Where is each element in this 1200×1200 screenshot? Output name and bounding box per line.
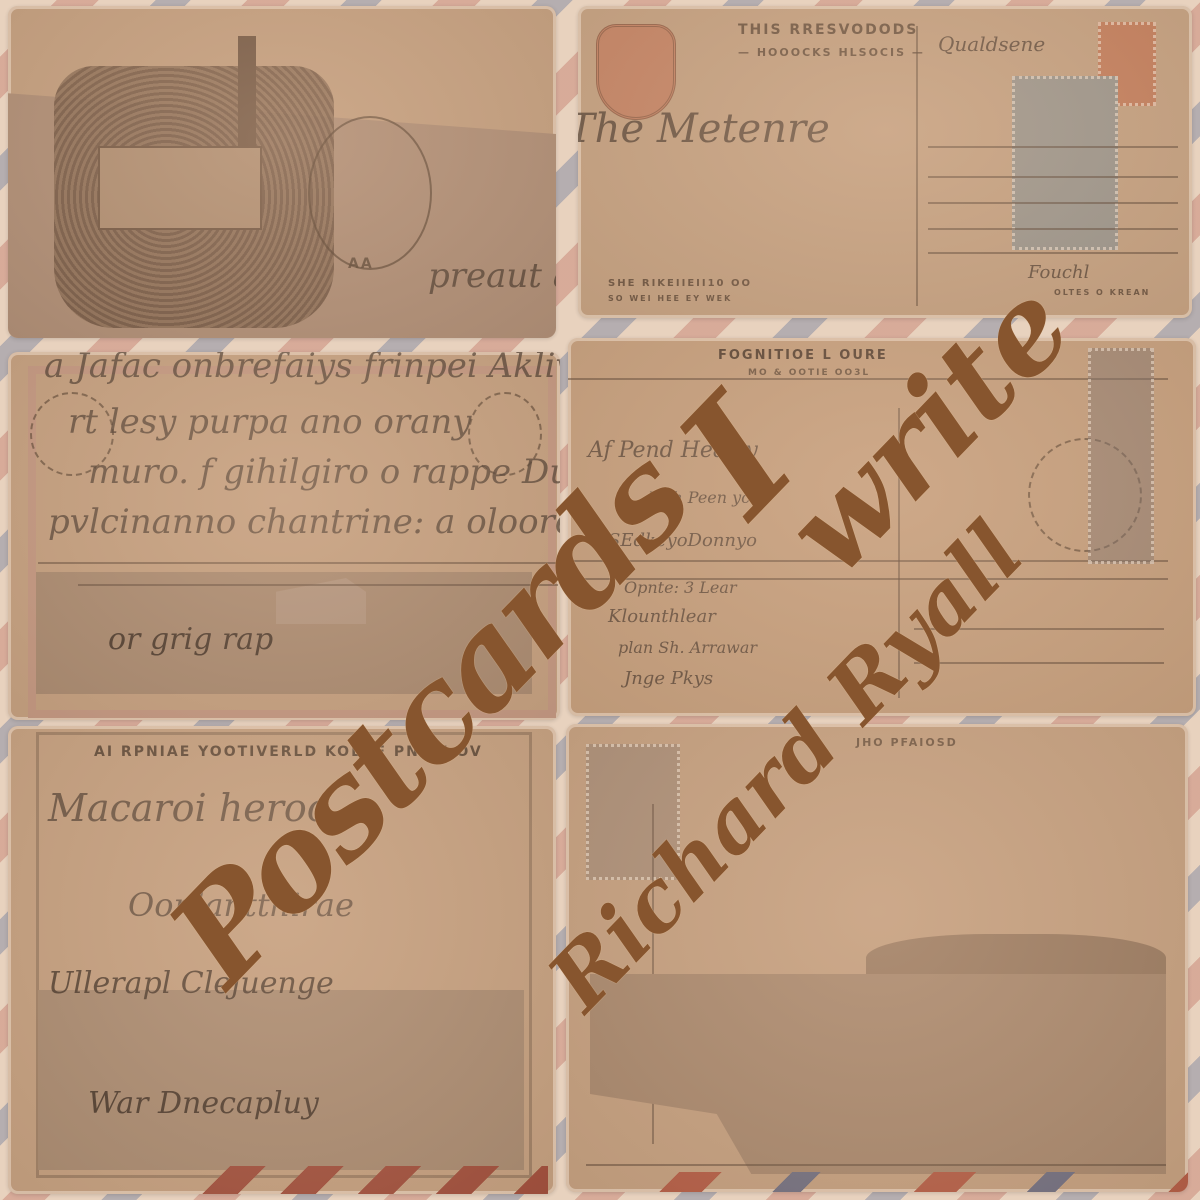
- postcard-top-right: THIS RRESVODODS — HOOOCKS HLSOCIS — The …: [578, 6, 1192, 318]
- card-header: FOGNITIOE L OURE: [718, 348, 888, 363]
- card-footer-sub: SO WEI HEE EY WEK: [608, 294, 732, 303]
- postmark-icon: [308, 116, 432, 270]
- handwriting-address: Qualdsene: [938, 32, 1045, 56]
- card-subheader: MO & OOTIE OO3L: [748, 368, 870, 378]
- handwriting-line: preaut allrd lcallar: [428, 256, 556, 296]
- airmail-border: [188, 1166, 548, 1194]
- divider: [916, 26, 918, 306]
- card-subheader: — HOOOCKS HLSOCIS —: [738, 46, 925, 59]
- card-header: THIS RRESVODODS: [738, 22, 918, 38]
- chateau-tower: [238, 36, 256, 156]
- postcard-top-left: AA preaut allrd lcallar: [8, 6, 556, 338]
- handwriting-line: pvlcinanno chantrine: a oloorouny: [48, 502, 560, 542]
- handwriting-line: or grig rap: [108, 622, 273, 657]
- airmail-border: [566, 1172, 1188, 1192]
- chateau-building: [98, 146, 262, 230]
- stamp-faded-icon: [1088, 348, 1154, 564]
- postmark-text: AA: [348, 256, 374, 272]
- landscape-lower: [38, 990, 524, 1170]
- handwriting-line: a Jafac onbrefaiys frinpei Aklivrenli: [44, 352, 560, 386]
- handwriting-line: Jnge Pkys: [624, 668, 713, 689]
- handwriting-line: plan Sh. Arrawar: [618, 638, 757, 657]
- signature-label: OLTES O KREAN: [1054, 288, 1150, 297]
- handwriting-line: Ullerapl Clejuenge: [48, 966, 334, 1001]
- handwriting-signature: Fouchl: [1028, 262, 1089, 283]
- card-footer: SHE RIKEIIEII10 OO: [608, 278, 752, 289]
- handwriting-line: muro. f gihilgiro o rappe Dugenef: [88, 452, 560, 492]
- lake-shore: [590, 974, 1166, 1174]
- handwriting-greeting: The Metenre: [578, 106, 830, 152]
- stamp-grey-icon: [1012, 76, 1118, 250]
- handwriting-line: rt lesy purpa ano orany: [68, 402, 471, 442]
- handwriting-line: War Dnecapluy: [88, 1086, 319, 1121]
